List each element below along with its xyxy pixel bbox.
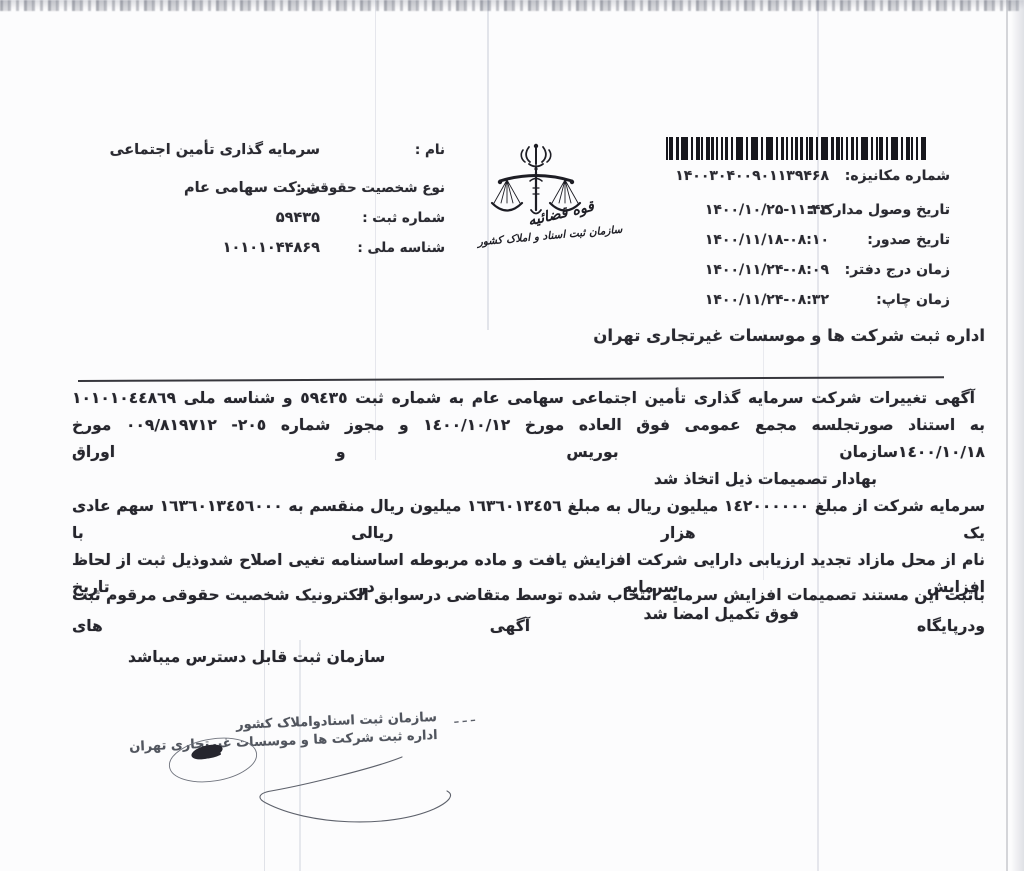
registration-office-line: اداره ثبت شرکت ها و موسسات غیرتجاری تهرا… — [593, 326, 985, 345]
scan-artifact-top-strip — [0, 0, 1024, 11]
issue-date-label: تاریخ صدور: — [809, 230, 950, 250]
mechanized-number-value: ۱۴۰۰۳۰۴۰۰۹۰۱۱۳۹۴۶۸ — [675, 166, 829, 186]
scan-artifact-line — [1006, 0, 1008, 871]
print-time-value: ۱۴۰۰/۱۱/۲۴-۰۸:۳۲ — [675, 290, 829, 310]
legal-type-value: شرکت سهامی عام — [110, 178, 320, 198]
ledger-entry-time-label: زمان درج دفتر: — [809, 260, 950, 280]
documents-received-date-value: ۱۴۰۰/۱۰/۲۵-۱۱:۴۴ — [675, 200, 829, 220]
body-line: سرمایه شرکت از مبلغ ١٤٢٠٠٠٠٠٠ میلیون ریا… — [72, 493, 985, 547]
company-name-value: سرمایه گذاری تأمین اجتماعی — [110, 140, 320, 160]
body-line: به استناد صورتجلسه مجمع عمومی فوق العاده… — [72, 412, 985, 466]
scanned-document-page: نام : نوع شخصیت حقوقی : شماره ثبت : شناس… — [0, 0, 1024, 871]
document-meta-values: ۱۴۰۰۳۰۴۰۰۹۰۱۱۳۹۴۶۸ ۱۴۰۰/۱۰/۲۵-۱۱:۴۴ ۱۴۰۰… — [675, 166, 829, 320]
documents-received-date-label: تاریخ وصول مدارک : — [809, 200, 950, 220]
closing-line: باثبت این مستند تصمیمات افزایش سرمایه ان… — [72, 580, 985, 642]
handwritten-signature — [150, 700, 490, 840]
issue-date-value: ۱۴۰۰/۱۱/۱۸-۰۸:۱۰ — [675, 230, 829, 250]
print-time-label: زمان چاپ: — [809, 290, 950, 310]
registration-number-value: ۵۹۴۳۵ — [110, 208, 320, 228]
ledger-entry-time-value: ۱۴۰۰/۱۱/۲۴-۰۸:۰۹ — [675, 260, 829, 280]
national-id-value: ۱۰۱۰۱۰۴۴۸۶۹ — [110, 238, 320, 258]
closing-paragraph: باثبت این مستند تصمیمات افزایش سرمایه ان… — [72, 580, 985, 673]
document-meta-labels: شماره مکانیزه: تاریخ وصول مدارک : تاریخ … — [809, 166, 950, 320]
company-info-values: سرمایه گذاری تأمین اجتماعی شرکت سهامی عا… — [110, 140, 320, 268]
body-line: بهادار تصمیمات ذیل اتخاذ شد — [72, 466, 985, 493]
page-edge-shadow — [1011, 0, 1024, 871]
closing-line: سازمان ثبت قابل دسترس میباشد — [72, 642, 985, 673]
horizontal-rule — [78, 376, 944, 382]
barcode — [666, 137, 926, 160]
body-line: آگهی تغییرات شرکت سرمایه گذاری تأمین اجت… — [72, 385, 985, 412]
mechanized-number-label: شماره مکانیزه: — [809, 166, 950, 186]
